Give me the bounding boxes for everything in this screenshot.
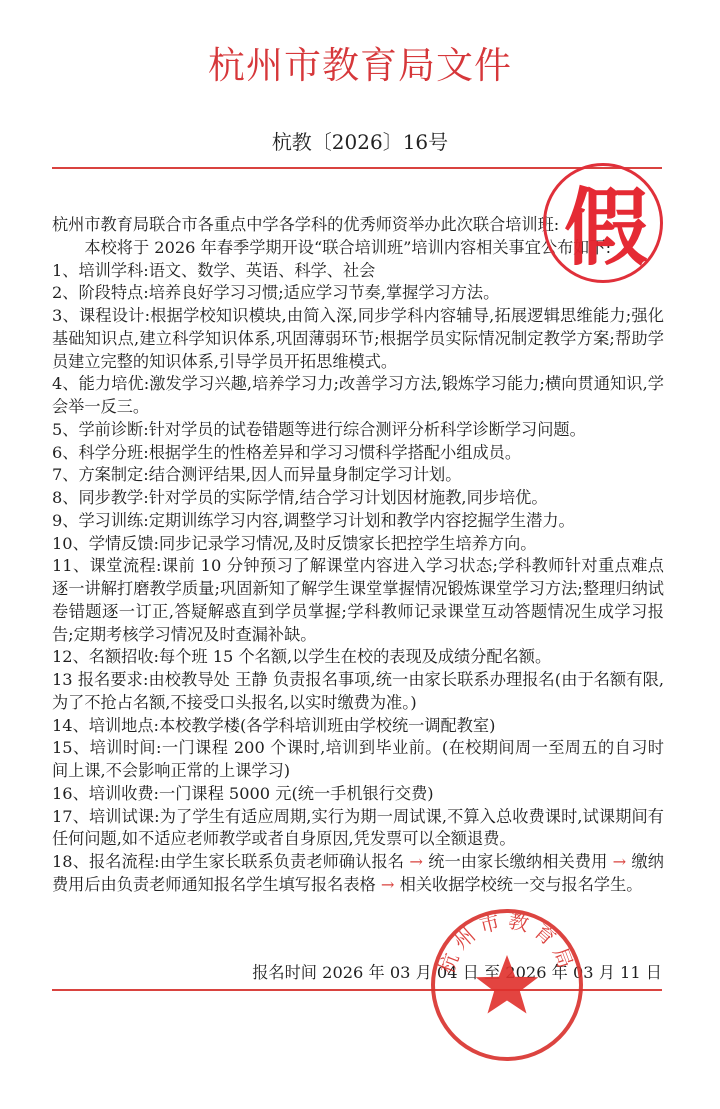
- list-item: 13 报名要求:由校教导处 王静 负责报名事项,统一由家长联系办理报名(由于名额…: [52, 669, 664, 715]
- arrow-right-icon: →: [409, 852, 423, 871]
- document-body: 杭州市教育局联合市各重点中学各学科的优秀师资举办此次联合培训班: 本校将于 20…: [52, 214, 664, 897]
- list-item: 3、课程设计:根据学校知识模块,由简入深,同步学科内容辅导,拓展逻辑思维能力;强…: [52, 305, 664, 373]
- fake-mark: 假: [556, 178, 656, 278]
- list-item: 17、培训试课:为了学生有适应周期,实行为期一周试课,不算入总收费课时,试课期间…: [52, 806, 664, 852]
- official-seal-icon: 杭州市教育局: [429, 907, 585, 1063]
- list-item: 4、能力培优:激发学习兴趣,培养学习力;改善学习方法,锻炼学习能力;横向贯通知识…: [52, 373, 664, 419]
- arrow-right-icon: →: [613, 852, 627, 871]
- list-item: 11、课堂流程:课前 10 分钟预习了解课堂内容进入学习状态;学科教师针对重点难…: [52, 555, 664, 646]
- list-item: 12、名额招收:每个班 15 个名额,以学生在校的表现及成绩分配名额。: [52, 646, 664, 669]
- header-divider: [52, 167, 662, 169]
- list-item: 15、培训时间:一门课程 200 个课时,培训到毕业前。(在校期间周一至周五的自…: [52, 737, 664, 783]
- list-item: 16、培训收费:一门课程 5000 元(统一手机银行交费): [52, 783, 664, 806]
- list-item: 2、阶段特点:培养良好学习习惯;适应学习节奏,掌握学习方法。: [52, 282, 664, 305]
- document-title: 杭州市教育局文件: [0, 44, 720, 88]
- list-item: 14、培训地点:本校教学楼(各学科培训班由学校统一调配教室): [52, 715, 664, 738]
- list-item: 8、同步教学:针对学员的实际学情,结合学习计划因材施教,同步培优。: [52, 487, 664, 510]
- document-number: 杭教〔2026〕16号: [0, 128, 720, 156]
- list-item: 7、方案制定:结合测评结果,因人而异量身制定学习计划。: [52, 464, 664, 487]
- list-item: 10、学情反馈:同步记录学习情况,及时反馈家长把控学生培养方向。: [52, 533, 664, 556]
- arrow-right-icon: →: [381, 875, 395, 894]
- list-item: 9、学习训练:定期训练学习内容,调整学习计划和教学内容挖掘学生潜力。: [52, 510, 664, 533]
- registration-flow: 18、报名流程:由学生家长联系负责老师确认报名 → 统一由家长缴纳相关费用 → …: [52, 851, 664, 897]
- list-item: 5、学前诊断:针对学员的试卷错题等进行综合测评分析科学诊断学习问题。: [52, 419, 664, 442]
- list-item: 6、科学分班:根据学生的性格差异和学习习惯科学搭配小组成员。: [52, 442, 664, 465]
